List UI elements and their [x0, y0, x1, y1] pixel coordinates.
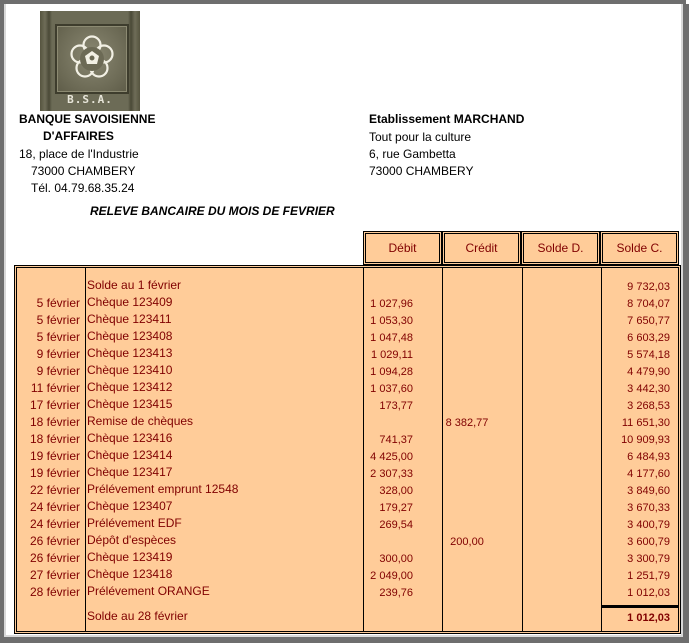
row-label: Chèque 123415 [87, 397, 172, 411]
logo-panel [55, 24, 129, 94]
row-solde-c: 8 704,07 [602, 298, 670, 310]
row-label: Chèque 123416 [87, 431, 172, 445]
frame-border-bottom [0, 637, 689, 643]
row-credit: 8 382,77 [427, 417, 507, 429]
row-label: Prélévement emprunt 12548 [87, 482, 238, 496]
bank-logo: B.S.A. [40, 11, 140, 111]
row-label: Chèque 123417 [87, 465, 172, 479]
row-date: 19 février [17, 466, 80, 480]
column-header-debit: Débit [363, 231, 442, 265]
row-label: Prélévement ORANGE [87, 584, 210, 598]
client-address-line1: 6, rue Gambetta [369, 147, 456, 161]
bank-name-line1: BANQUE SAVOISIENNE [19, 112, 155, 126]
closing-row: Solde au 28 février [17, 609, 678, 626]
table-row: 18 févrierChèque 123416741,3710 909,93 [17, 431, 678, 448]
row-date: 26 février [17, 534, 80, 548]
client-tagline: Tout pour la culture [369, 130, 471, 144]
row-solde-c: 11 651,30 [602, 417, 670, 429]
row-solde-c: 3 670,33 [602, 502, 670, 514]
table-row: 5 févrierChèque 1234111 053,307 650,77 [17, 312, 678, 329]
row-label: Chèque 123419 [87, 550, 172, 564]
row-label: Chèque 123413 [87, 346, 172, 360]
row-debit: 2 049,00 [267, 570, 413, 582]
frame-border-right [683, 4, 689, 643]
table-row: 26 févrierChèque 123419300,003 300,79 [17, 550, 678, 567]
row-label: Chèque 123414 [87, 448, 172, 462]
row-date: 9 février [17, 347, 80, 361]
frame-border-left-inner [4, 4, 6, 636]
row-credit: 200,00 [427, 536, 507, 548]
row-solde-c: 3 268,53 [602, 400, 670, 412]
row-label: Chèque 123410 [87, 363, 172, 377]
row-debit: 1 047,48 [267, 332, 413, 344]
column-header-solde-c: Solde C. [600, 231, 679, 265]
row-label: Dépôt d'espèces [87, 533, 176, 547]
table-row: 5 févrierChèque 1234081 047,486 603,29 [17, 329, 678, 346]
row-date: 9 février [17, 364, 80, 378]
row-date: 27 février [17, 568, 80, 582]
table-row: 26 févrierDépôt d'espèces200,003 600,79 [17, 533, 678, 550]
row-label: Chèque 123418 [87, 567, 172, 581]
table-row: 19 févrierChèque 1234144 425,006 484,93 [17, 448, 678, 465]
column-header-solde-d: Solde D. [521, 231, 600, 265]
row-solde-c: 3 849,60 [602, 485, 670, 497]
client-name: Etablissement MARCHAND [369, 112, 524, 126]
row-debit: 179,27 [267, 502, 413, 514]
row-solde-c: 3 400,79 [602, 519, 670, 531]
row-date: 5 février [17, 296, 80, 310]
row-label: Solde au 1 février [87, 278, 181, 292]
row-solde-c: 5 574,18 [602, 349, 670, 361]
row-date: 11 février [17, 381, 80, 395]
table-row: 18 févrierRemise de chèques8 382,7711 65… [17, 414, 678, 431]
bank-name-line2: D'AFFAIRES [43, 129, 114, 143]
row-date: 26 février [17, 551, 80, 565]
row-date: 5 février [17, 330, 80, 344]
table-row: 19 févrierChèque 1234172 307,334 177,60 [17, 465, 678, 482]
bank-phone: Tél. 04.79.68.35.24 [31, 181, 134, 195]
row-debit: 741,37 [267, 434, 413, 446]
row-date: 17 février [17, 398, 80, 412]
row-date: 22 février [17, 483, 80, 497]
row-date: 18 février [17, 415, 80, 429]
row-solde-c: 3 600,79 [602, 536, 670, 548]
row-solde-c: 1 012,03 [602, 587, 670, 599]
table-row: Solde au 1 février9 732,03 [17, 278, 678, 295]
row-label: Chèque 123407 [87, 499, 172, 513]
row-solde-c: 4 177,60 [602, 468, 670, 480]
row-label: Prélévement EDF [87, 516, 182, 530]
table-row: 24 févrierPrélévement EDF269,543 400,79 [17, 516, 678, 533]
row-debit: 4 425,00 [267, 451, 413, 463]
row-debit: 1 029,11 [267, 349, 413, 361]
row-label: Chèque 123411 [87, 312, 172, 326]
row-date: 24 février [17, 517, 80, 531]
row-solde-c: 6 484,93 [602, 451, 670, 463]
logo-text: B.S.A. [40, 93, 140, 106]
row-debit: 1 037,60 [267, 383, 413, 395]
row-label: Chèque 123409 [87, 295, 172, 309]
closing-label: Solde au 28 février [87, 609, 188, 623]
row-debit: 1 027,96 [267, 298, 413, 310]
row-debit: 1 053,30 [267, 315, 413, 327]
client-address-line2: 73000 CHAMBERY [369, 164, 474, 178]
row-solde-c: 7 650,77 [602, 315, 670, 327]
frame-border-top [0, 0, 686, 4]
table-row: 5 févrierChèque 1234091 027,968 704,07 [17, 295, 678, 312]
table-row: 9 févrierChèque 1234131 029,115 574,18 [17, 346, 678, 363]
closing-balance-total: 1 012,03 [627, 612, 670, 624]
row-label: Chèque 123412 [87, 380, 172, 394]
bank-address-line2: 73000 CHAMBERY [31, 164, 136, 178]
flower-icon [57, 26, 127, 92]
table-row: 11 févrierChèque 1234121 037,603 442,30 [17, 380, 678, 397]
row-debit: 239,76 [267, 587, 413, 599]
row-solde-c: 9 732,03 [602, 281, 670, 293]
table-row: 9 févrierChèque 1234101 094,284 479,90 [17, 363, 678, 380]
row-solde-c: 10 909,93 [602, 434, 670, 446]
table-row: 24 févrierChèque 123407179,273 670,33 [17, 499, 678, 516]
statement-title: RELEVE BANCAIRE DU MOIS DE FEVRIER [90, 204, 335, 218]
row-date: 24 février [17, 500, 80, 514]
column-header-credit: Crédit [442, 231, 521, 265]
row-solde-c: 3 442,30 [602, 383, 670, 395]
row-date: 28 février [17, 585, 80, 599]
table-row: 22 févrierPrélévement emprunt 12548328,0… [17, 482, 678, 499]
table-row: 28 févrierPrélévement ORANGE239,761 012,… [17, 584, 678, 601]
row-date: 5 février [17, 313, 80, 327]
row-label: Chèque 123408 [87, 329, 172, 343]
row-debit: 1 094,28 [267, 366, 413, 378]
row-solde-c: 6 603,29 [602, 332, 670, 344]
row-date: 19 février [17, 449, 80, 463]
table-row: 27 févrierChèque 1234182 049,001 251,79 [17, 567, 678, 584]
row-debit: 269,54 [267, 519, 413, 531]
table-row: 17 févrierChèque 123415173,773 268,53 [17, 397, 678, 414]
row-debit: 328,00 [267, 485, 413, 497]
bank-address-line1: 18, place de l'Industrie [19, 147, 139, 161]
row-date: 18 février [17, 432, 80, 446]
row-debit: 300,00 [267, 553, 413, 565]
row-debit: 2 307,33 [267, 468, 413, 480]
row-debit: 173,77 [267, 400, 413, 412]
row-solde-c: 4 479,90 [602, 366, 670, 378]
statement-table: Solde au 1 février9 732,035 févrierChèqu… [14, 265, 681, 634]
row-label: Remise de chèques [87, 414, 193, 428]
closing-balance-box: 1 012,03 [602, 605, 678, 631]
row-solde-c: 3 300,79 [602, 553, 670, 565]
row-solde-c: 1 251,79 [602, 570, 670, 582]
